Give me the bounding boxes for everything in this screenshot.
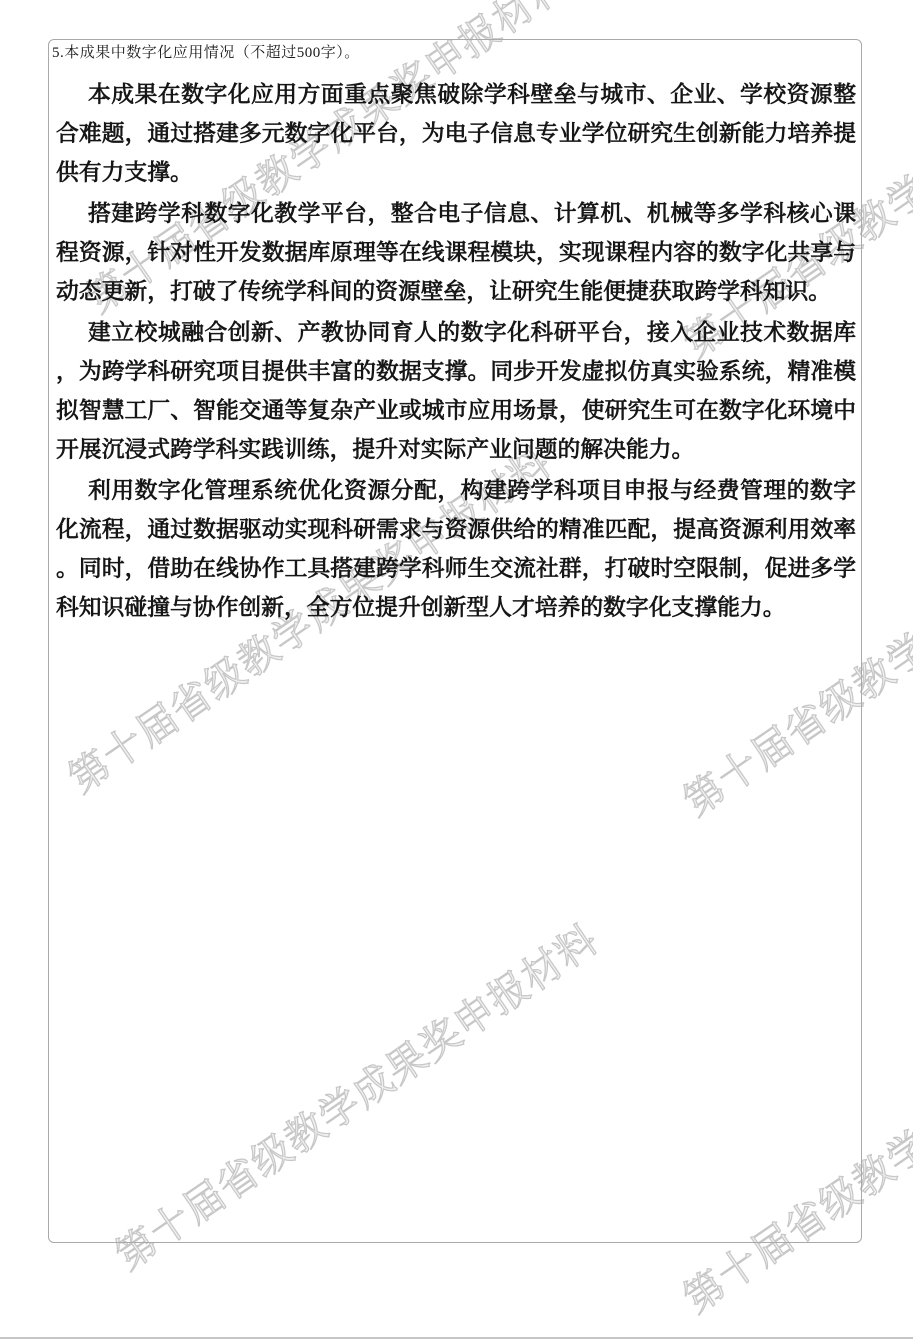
document-page: { "document": { "section_heading": "5.本成… bbox=[0, 0, 913, 1343]
paragraph-teaching-platform: 搭建跨学科数字化教学平台，整合电子信息、计算机、机械等多学科核心课程资源，针对性… bbox=[56, 194, 856, 311]
paragraph-overview: 本成果在数字化应用方面重点聚焦破除学科壁垒与城市、企业、学校资源整合难题，通过搭… bbox=[56, 75, 856, 192]
answer-text: 本成果在数字化应用方面重点聚焦破除学科壁垒与城市、企业、学校资源整合难题，通过搭… bbox=[56, 75, 856, 627]
answer-box: 5.本成果中数字化应用情况（不超过500字）。 本成果在数字化应用方面重点聚焦破… bbox=[48, 39, 862, 1243]
paragraph-research-platform: 建立校城融合创新、产教协同育人的数字化科研平台，接入企业技术数据库，为跨学科研究… bbox=[56, 313, 856, 469]
paragraph-management-system: 利用数字化管理系统优化资源分配，构建跨学科项目申报与经费管理的数字化流程，通过数… bbox=[56, 471, 856, 627]
page-divider-line bbox=[0, 1337, 913, 1339]
section-heading: 5.本成果中数字化应用情况（不超过500字）。 bbox=[52, 43, 856, 63]
